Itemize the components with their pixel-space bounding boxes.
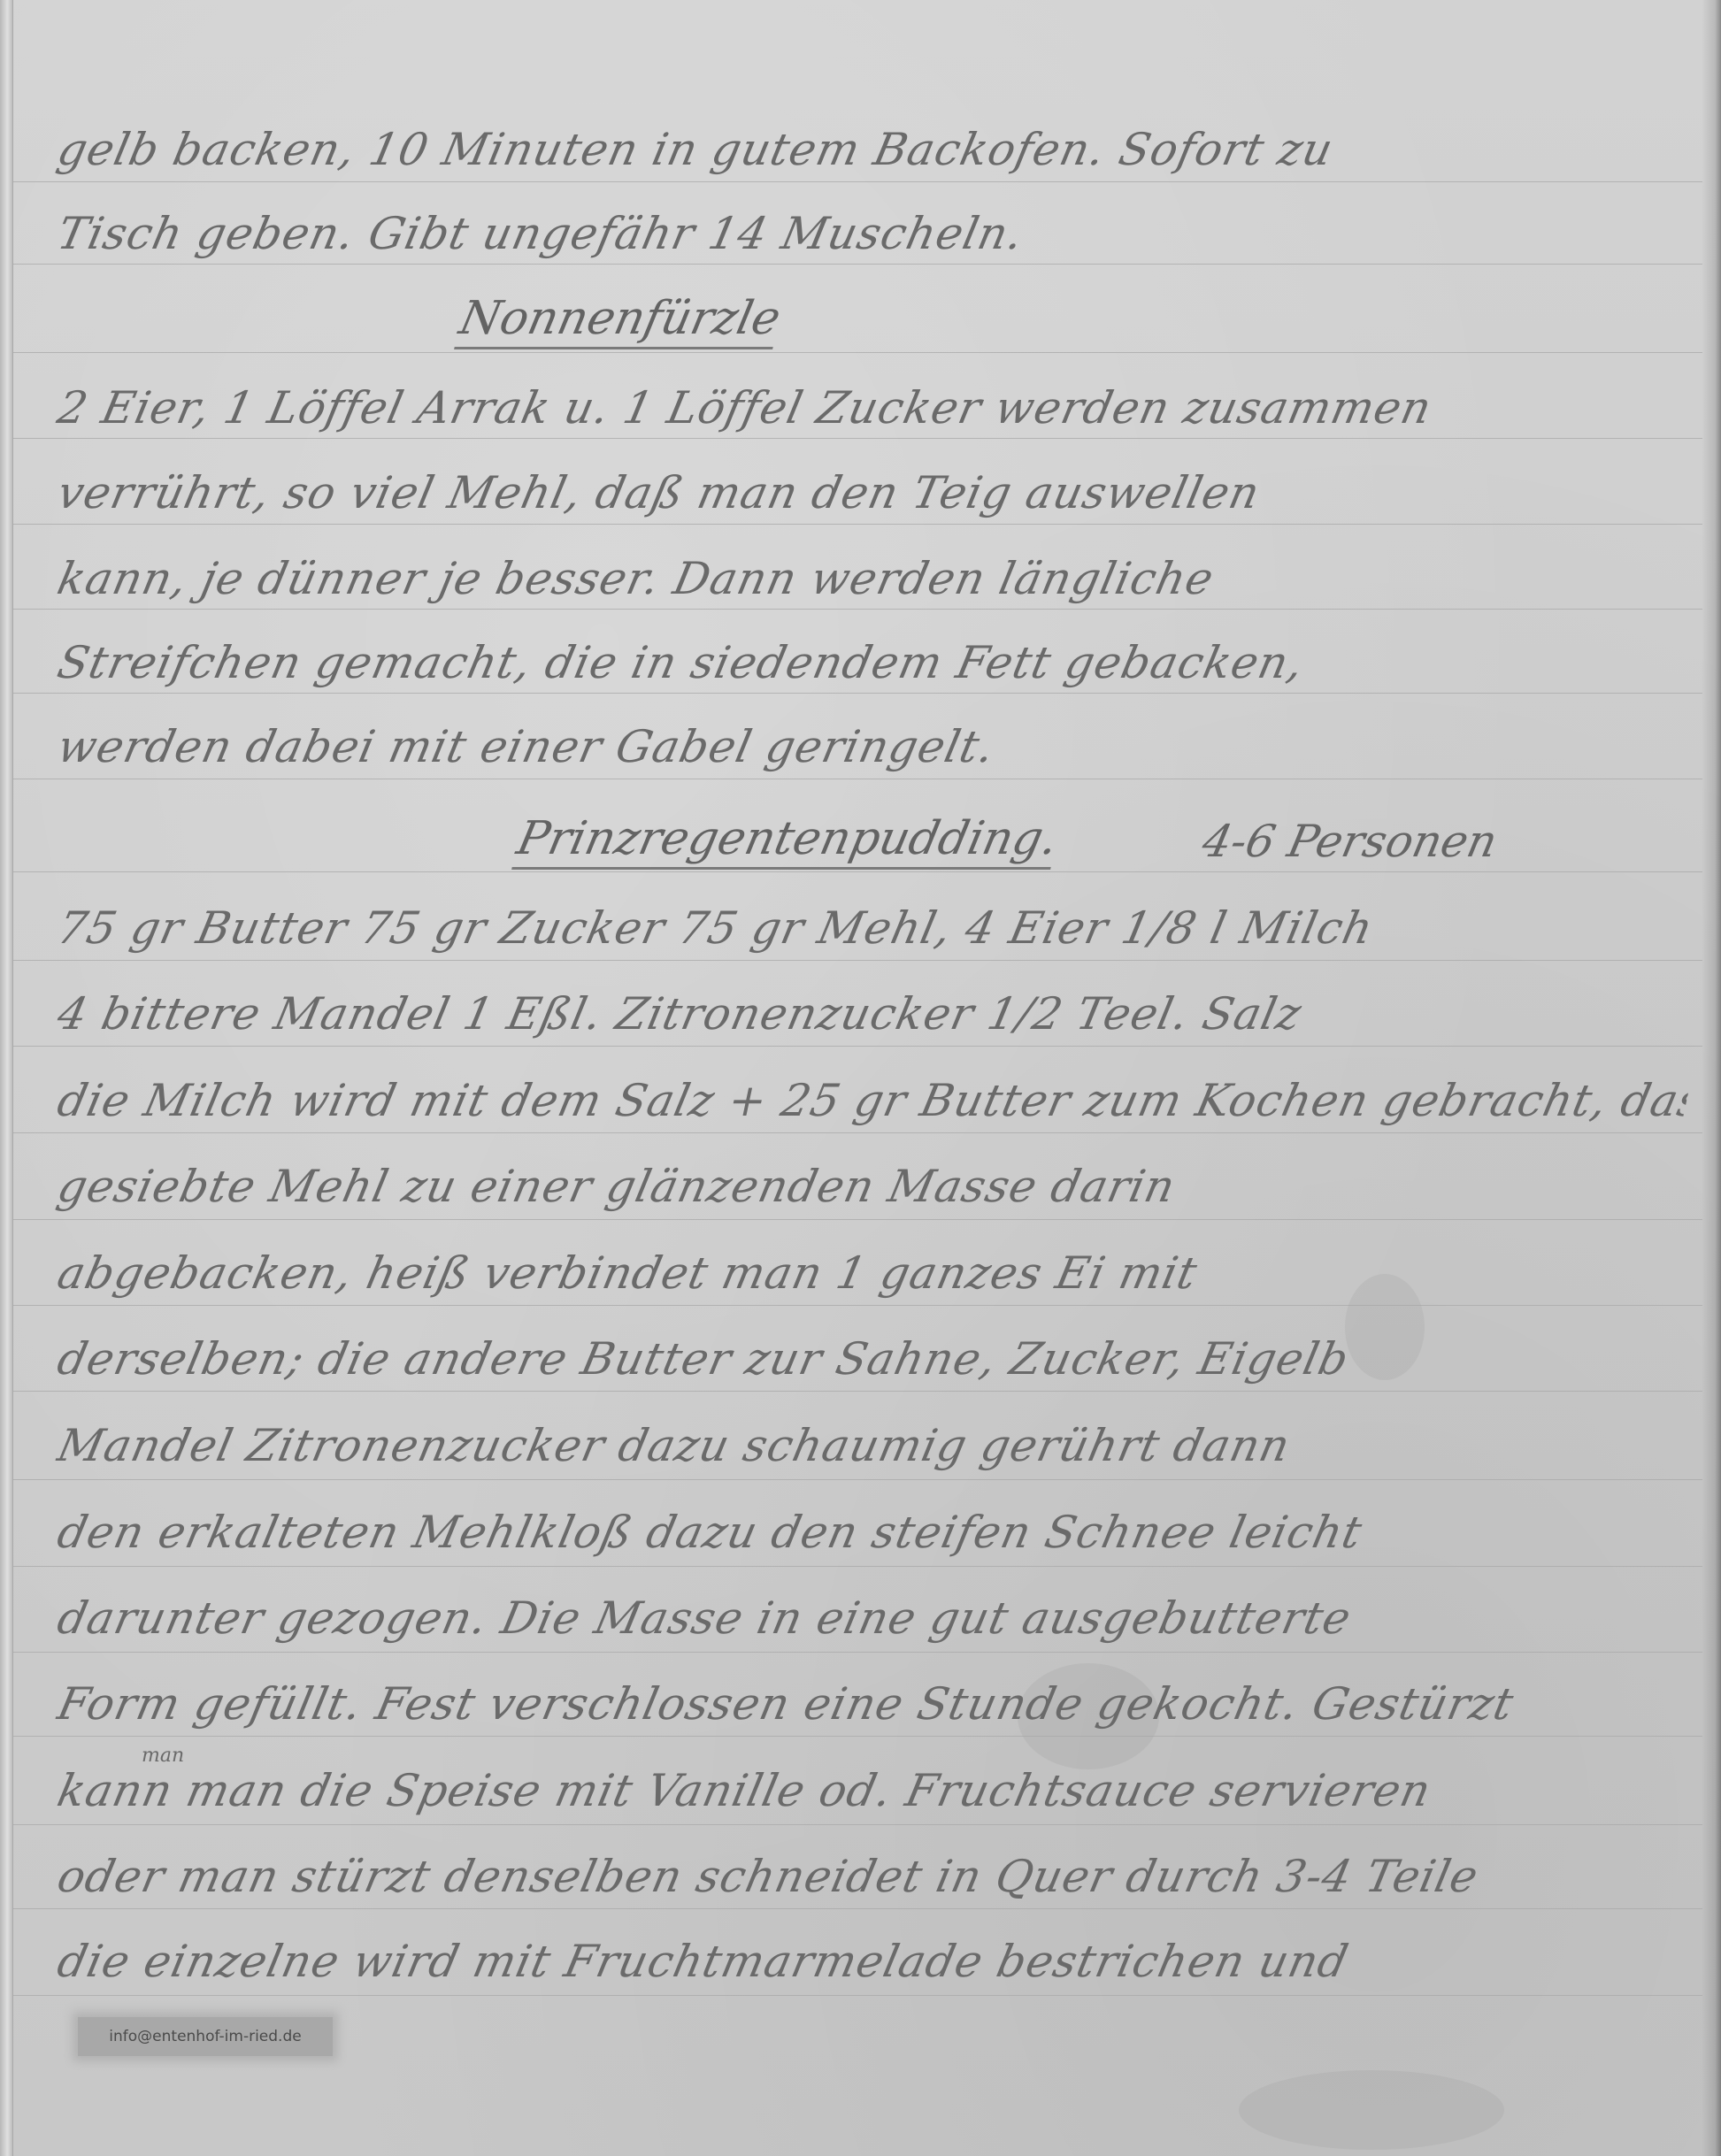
ruled-line: [12, 1479, 1702, 1480]
servings-note: 4-6 Personen: [1198, 816, 1502, 867]
ruled-line: [12, 960, 1702, 961]
ruled-line: [12, 181, 1702, 182]
handwritten-line: den erkalteten Mehlkloß dazu den steifen…: [53, 1507, 1692, 1558]
recipe-title: Nonnenfürzle: [454, 292, 785, 349]
superscript-insert: man: [142, 1745, 184, 1767]
ruled-line: [12, 352, 1702, 353]
scanned-page: gelb backen, 10 Minuten in gutem Backofe…: [0, 0, 1721, 2156]
handwritten-line: derselben; die andere Butter zur Sahne, …: [53, 1333, 1692, 1385]
handwritten-line: oder man stürzt denselben schneidet in Q…: [53, 1851, 1692, 1902]
handwritten-line: verrührt, so viel Mehl, daß man den Teig…: [53, 467, 1692, 518]
handwritten-line: die einzelne wird mit Fruchtmarmelade be…: [53, 1936, 1692, 1987]
watermark-email: info@entenhof-im-ried.de: [78, 2017, 333, 2056]
handwritten-line: werden dabei mit einer Gabel geringelt.: [53, 721, 1692, 772]
handwritten-line: die Milch wird mit dem Salz + 25 gr Butt…: [53, 1075, 1692, 1126]
handwritten-line: Tisch geben. Gibt ungefähr 14 Muscheln.: [53, 208, 1692, 259]
ruled-line: [12, 438, 1702, 439]
ruled-line: [12, 1995, 1702, 1996]
ruled-line: [12, 1908, 1702, 1909]
handwritten-line: abgebacken, heiß verbindet man 1 ganzes …: [53, 1247, 1692, 1299]
handwritten-line: Streifchen gemacht, die in siedendem Fet…: [53, 637, 1692, 688]
ruled-line: [12, 1219, 1702, 1220]
handwritten-line: kann, je dünner je besser. Dann werden l…: [53, 553, 1692, 604]
paper-stain: [1239, 2070, 1504, 2150]
handwritten-line: Form gefüllt. Fest verschlossen eine Stu…: [53, 1678, 1692, 1730]
ruled-line: [12, 1736, 1702, 1737]
handwritten-line: 4 bittere Mandel 1 Eßl. Zitronenzucker 1…: [53, 988, 1692, 1040]
ruled-line: [12, 693, 1702, 694]
ruled-line: [12, 1046, 1702, 1047]
page-edge-shadow: [1702, 0, 1721, 2156]
handwritten-line: 75 gr Butter 75 gr Zucker 75 gr Mehl, 4 …: [53, 902, 1692, 954]
handwritten-line: 2 Eier, 1 Löffel Arrak u. 1 Löffel Zucke…: [53, 382, 1692, 434]
handwritten-line: darunter gezogen. Die Masse in eine gut …: [53, 1592, 1692, 1644]
handwritten-line: gesiebte Mehl zu einer glänzenden Masse …: [53, 1161, 1692, 1212]
ruled-line: [12, 264, 1702, 265]
recipe-title: Prinzregentenpudding.: [511, 812, 1063, 870]
ruled-line: [12, 779, 1702, 779]
notebook-spine: [0, 0, 13, 2156]
ruled-line: [12, 1305, 1702, 1306]
ruled-line: [12, 1652, 1702, 1653]
handwritten-line: Mandel Zitronenzucker dazu schaumig gerü…: [53, 1420, 1692, 1471]
ruled-line: [12, 524, 1702, 525]
ruled-line: [12, 1824, 1702, 1825]
ruled-line: [12, 1391, 1702, 1392]
handwritten-line: kann man die Speise mit Vanille od. Fruc…: [53, 1765, 1692, 1816]
ruled-line: [12, 871, 1702, 872]
ruled-line: [12, 609, 1702, 610]
ruled-line: [12, 1132, 1702, 1133]
handwritten-line: gelb backen, 10 Minuten in gutem Backofe…: [53, 124, 1692, 175]
ruled-line: [12, 1566, 1702, 1567]
watermark-text: info@entenhof-im-ried.de: [109, 2028, 301, 2045]
